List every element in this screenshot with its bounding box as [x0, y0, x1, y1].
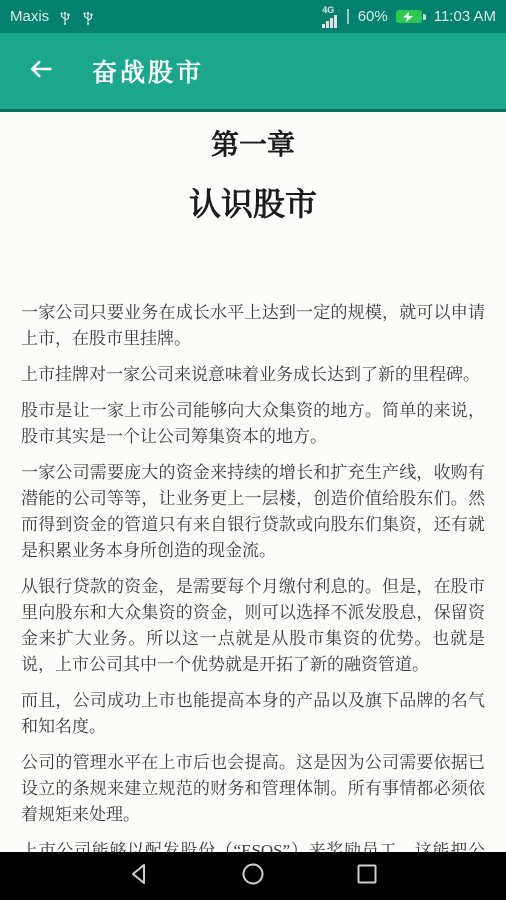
home-circle-icon — [241, 862, 265, 891]
nav-home-button[interactable] — [239, 862, 267, 890]
nav-recents-button[interactable] — [353, 862, 381, 890]
usb-icon — [81, 9, 95, 25]
back-arrow-icon — [27, 55, 55, 88]
paragraph: 而且，公司成功上市也能提高本身的产品以及旗下品牌的名气和知名度。 — [21, 688, 485, 740]
status-divider — [347, 9, 349, 24]
paragraph: 从银行贷款的资金，是需要每个月缴付利息的。但是，在股市里向股东和大众集资的资金，… — [21, 574, 485, 678]
reader-page[interactable]: 第一章 认识股市 一家公司只要业务在成长水平上达到一定的规模，就可以申请上市，在… — [0, 112, 506, 852]
battery-charging-icon — [396, 10, 422, 23]
status-bar: Maxis 4G — [0, 0, 506, 33]
nav-back-button[interactable] — [125, 862, 153, 890]
back-button[interactable] — [24, 54, 58, 88]
app-bar-title: 奋战股市 — [92, 53, 204, 89]
signal-strength-icon: 4G — [322, 6, 337, 28]
paragraph: 一家公司需要庞大的资金来持续的增长和扩充生产线，收购有潜能的公司等等，让业务更上… — [21, 460, 485, 564]
carrier-label: Maxis — [10, 8, 49, 25]
chapter-title-heading: 认识股市 — [21, 184, 485, 224]
battery-percent-label: 60% — [358, 8, 388, 25]
app-bar: 奋战股市 — [0, 33, 506, 112]
paragraph: 公司的管理水平在上市后也会提高。这是因为公司需要依据已设立的条规来建立规范的财务… — [21, 750, 485, 828]
chapter-number-heading: 第一章 — [21, 128, 485, 164]
recents-square-icon — [355, 862, 379, 891]
clock-label: 11:03 AM — [434, 8, 496, 25]
paragraph: 上市挂牌对一家公司来说意味着业务成长达到了新的里程碑。 — [21, 362, 485, 388]
paragraph: 股市是让一家上市公司能够向大众集资的地方。简单的来说，股市其实是一个让公司筹集资… — [21, 398, 485, 450]
paragraph: 一家公司只要业务在成长水平上达到一定的规模，就可以申请上市，在股市里挂牌。 — [21, 300, 485, 352]
network-type-label: 4G — [322, 5, 334, 15]
back-triangle-icon — [127, 862, 151, 891]
android-navigation-bar — [0, 852, 506, 900]
paragraph: 上市公司能够以配发股份（“ESOS”）来奖励员工。这能把公司 — [21, 838, 485, 852]
usb-icon — [58, 9, 72, 25]
phone-screen: Maxis 4G — [0, 0, 506, 900]
